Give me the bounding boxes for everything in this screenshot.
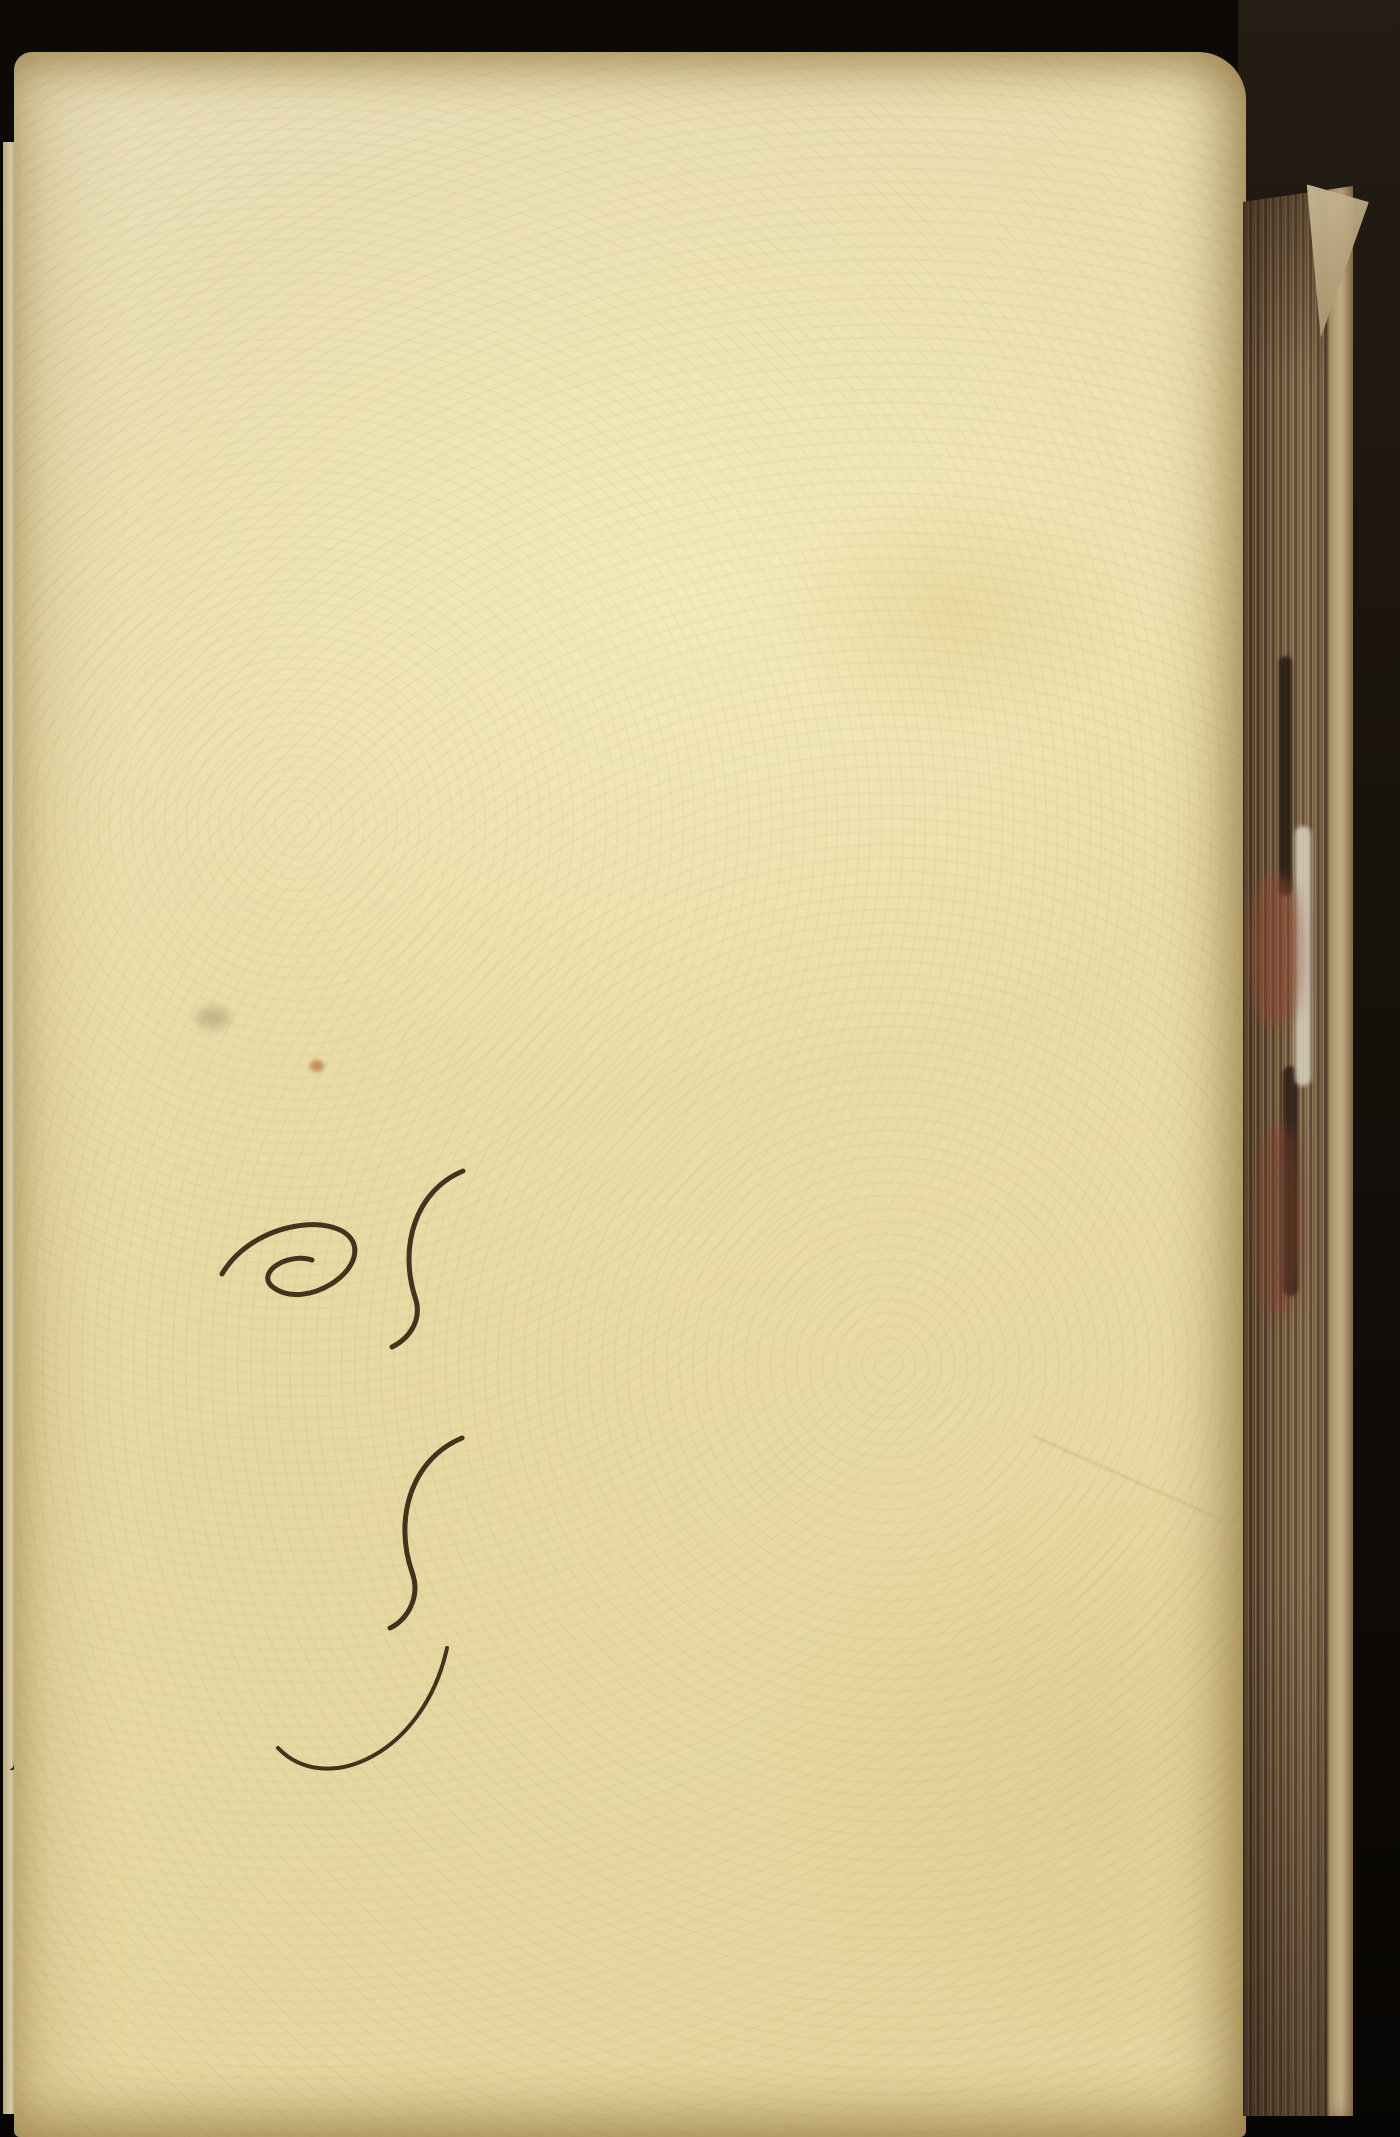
manuscript-page (14, 52, 1246, 2137)
fore-edge-outer-band (1327, 186, 1353, 2116)
opening-flourish (382, 1430, 474, 1640)
fore-edge-red-stain (1257, 1126, 1301, 1316)
margin-swash-flourish (262, 1636, 462, 1811)
opening-flourish (385, 1165, 477, 1360)
rust-stain (310, 1060, 324, 1072)
paraph-flourish (212, 1212, 372, 1327)
smudge-stain (196, 1007, 230, 1029)
fore-edge-crack (1279, 656, 1292, 896)
manuscript-scan: ‿—·‿·~ ·—‿ ·· —‿· —·‿·· ·‿—· ‿·—~· —··‿ … (0, 0, 1400, 2137)
discoloration (774, 482, 1134, 742)
book-fore-edge (1243, 186, 1353, 2116)
paper-crease (1034, 1435, 1245, 1530)
paper-texture (14, 52, 1246, 2137)
fore-edge-red-stain (1251, 876, 1301, 1026)
